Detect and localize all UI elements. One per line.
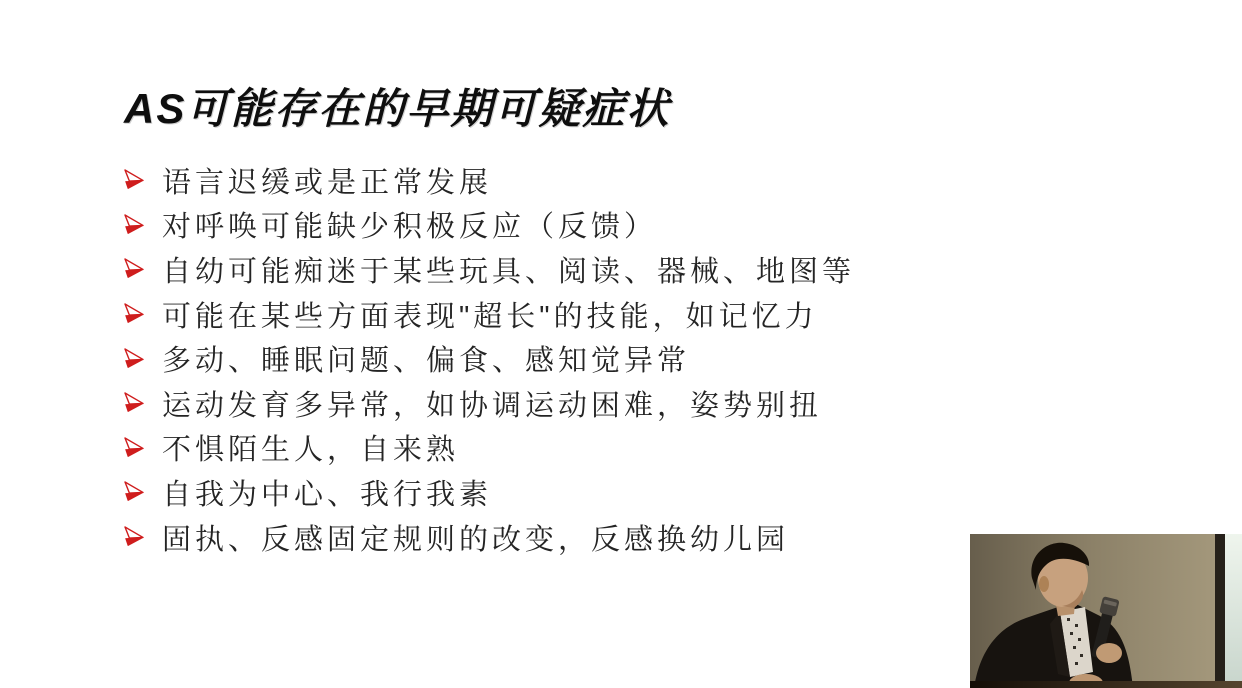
bullet-text: 可能在某些方面表现"超长"的技能，如记忆力 bbox=[162, 294, 818, 335]
bullet-text: 多动、睡眠问题、偏食、感知觉异常 bbox=[162, 338, 690, 379]
arrowhead-bullet-icon bbox=[122, 169, 146, 191]
list-item: 自幼可能痴迷于某些玩具、阅读、器械、地图等 bbox=[122, 247, 855, 292]
arrowhead-bullet-icon bbox=[122, 303, 146, 325]
bullet-text: 自我为中心、我行我素 bbox=[162, 472, 492, 513]
list-item: 可能在某些方面表现"超长"的技能，如记忆力 bbox=[122, 292, 855, 337]
list-item: 不惧陌生人，自来熟 bbox=[122, 426, 855, 471]
list-item: 对呼唤可能缺少积极反应（反馈） bbox=[122, 203, 855, 248]
arrowhead-bullet-icon bbox=[122, 437, 146, 459]
arrowhead-bullet-icon bbox=[122, 214, 146, 236]
arrowhead-bullet-icon bbox=[122, 481, 146, 503]
list-item: 多动、睡眠问题、偏食、感知觉异常 bbox=[122, 336, 855, 381]
bullet-text: 不惧陌生人，自来熟 bbox=[162, 427, 459, 468]
arrowhead-bullet-icon bbox=[122, 392, 146, 414]
bullet-text: 语言迟缓或是正常发展 bbox=[162, 160, 492, 201]
list-item: 固执、反感固定规则的改变，反感换幼儿园 bbox=[122, 515, 855, 560]
arrowhead-bullet-icon bbox=[122, 526, 146, 548]
bullet-text: 运动发育多异常，如协调运动困难，姿势别扭 bbox=[162, 383, 822, 424]
list-item: 语言迟缓或是正常发展 bbox=[122, 158, 855, 203]
bullet-text: 对呼唤可能缺少积极反应（反馈） bbox=[162, 204, 657, 245]
bullet-text: 固执、反感固定规则的改变，反感换幼儿园 bbox=[162, 517, 789, 558]
list-item: 自我为中心、我行我素 bbox=[122, 470, 855, 515]
presenter-video-overlay[interactable] bbox=[970, 534, 1242, 688]
slide-title: AS可能存在的早期可疑症状 bbox=[124, 76, 670, 136]
bullet-list: 语言迟缓或是正常发展 对呼唤可能缺少积极反应（反馈） 自幼可能痴迷于某些玩具、阅… bbox=[122, 158, 855, 559]
list-item: 运动发育多异常，如协调运动困难，姿势别扭 bbox=[122, 381, 855, 426]
arrowhead-bullet-icon bbox=[122, 348, 146, 370]
arrowhead-bullet-icon bbox=[122, 258, 146, 280]
presentation-slide: AS可能存在的早期可疑症状 语言迟缓或是正常发展 对呼唤可能缺少积极反应（反馈） bbox=[0, 0, 1242, 688]
presenter-photo bbox=[970, 534, 1242, 688]
bullet-text: 自幼可能痴迷于某些玩具、阅读、器械、地图等 bbox=[162, 249, 855, 290]
